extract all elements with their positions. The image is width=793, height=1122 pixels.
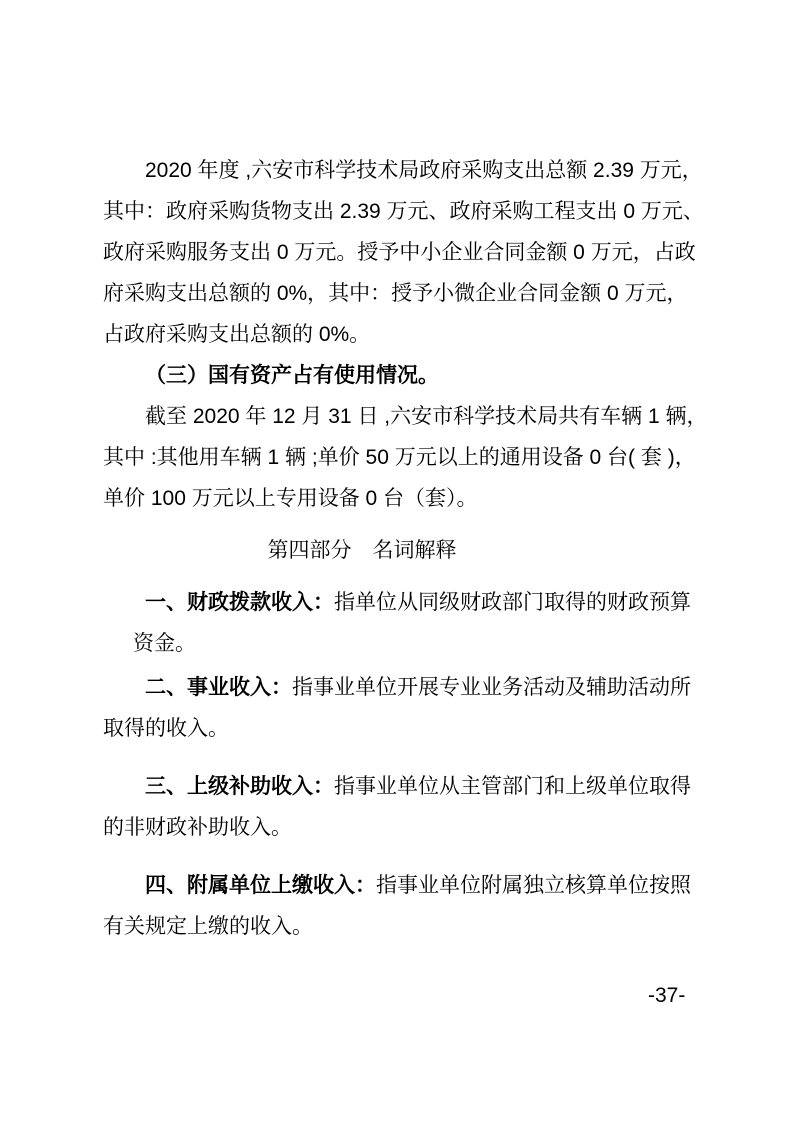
paragraph-line: 其中 :其他用车辆 1 辆 ;单价 50 万元以上的通用设备 0 台( 套 )， [103,437,693,478]
paragraph-line: 占政府采购支出总额的 0%。 [103,314,693,355]
part4-section-heading: 第四部分 名词解释 [67,530,657,571]
definition-text: 指单位从同级财政部门取得的财政预算 [334,591,691,614]
page-number: -37- [648,981,685,1011]
paragraph-line: 2020 年度 ,六安市科学技术局政府采购支出总额 2.39 万元， [103,150,693,191]
definition-first-line: 三、上级补助收入：指事业单位从主管部门和上级单位取得 [103,766,693,807]
paragraph-text: 截至 2020 年 12 月 31 日 ,六安市科学技术局共有车辆 1 辆， [145,405,707,428]
definition-item: 四、附属单位上缴收入：指事业单位附属独立核算单位按照 有关规定上缴的收入。 [103,865,693,947]
definition-term: 四、附属单位上缴收入： [145,874,376,897]
state-assets-heading-text: （三）国有资产占有使用情况。 [145,364,439,387]
definition-text: 指事业单位附属独立核算单位按照 [376,874,691,897]
state-assets-heading: （三）国有资产占有使用情况。 [103,355,693,396]
paragraph-line: 政府采购服务支出 0 万元。授予中小企业合同金额 0 万元，占政 [103,232,693,273]
state-assets-paragraph: 截至 2020 年 12 月 31 日 ,六安市科学技术局共有车辆 1 辆， 其… [103,396,693,519]
definition-continuation-line: 资金。 [133,623,693,664]
definition-continuation-line: 的非财政补助收入。 [103,807,693,848]
definition-continuation-line: 有关规定上缴的收入。 [103,906,693,947]
definition-term: 三、上级补助收入： [145,775,334,798]
definition-item: 一、财政拨款收入：指单位从同级财政部门取得的财政预算 资金。 [103,582,693,664]
definitions-list: 一、财政拨款收入：指单位从同级财政部门取得的财政预算 资金。 二、事业收入：指事… [103,582,693,947]
paragraph-line: 单价 100 万元以上专用设备 0 台（套）。 [103,478,693,519]
paragraph-line: 其中：政府采购货物支出 2.39 万元、政府采购工程支出 0 万元、 [103,191,693,232]
definition-text: 指事业单位开展专业业务活动及辅助活动所 [292,676,691,699]
definition-term: 二、事业收入： [145,676,292,699]
definition-item: 三、上级补助收入：指事业单位从主管部门和上级单位取得 的非财政补助收入。 [103,766,693,848]
definition-text: 指事业单位从主管部门和上级单位取得 [334,775,691,798]
document-body: 2020 年度 ,六安市科学技术局政府采购支出总额 2.39 万元， 其中：政府… [103,150,693,947]
definition-continuation-line: 取得的收入。 [103,708,693,749]
definition-first-line: 二、事业收入：指事业单位开展专业业务活动及辅助活动所 [103,667,693,708]
definition-first-line: 四、附属单位上缴收入：指事业单位附属独立核算单位按照 [103,865,693,906]
paragraph-line: 府采购支出总额的 0%，其中：授予小微企业合同金额 0 万元， [103,273,693,314]
procurement-summary-paragraph: 2020 年度 ,六安市科学技术局政府采购支出总额 2.39 万元， 其中：政府… [103,150,693,355]
paragraph-line: 截至 2020 年 12 月 31 日 ,六安市科学技术局共有车辆 1 辆， [103,396,693,437]
definition-item: 二、事业收入：指事业单位开展专业业务活动及辅助活动所 取得的收入。 [103,667,693,749]
definition-first-line: 一、财政拨款收入：指单位从同级财政部门取得的财政预算 [103,582,693,623]
definition-term: 一、财政拨款收入： [145,591,334,614]
paragraph-text: 2020 年度 ,六安市科学技术局政府采购支出总额 2.39 万元， [145,159,703,182]
